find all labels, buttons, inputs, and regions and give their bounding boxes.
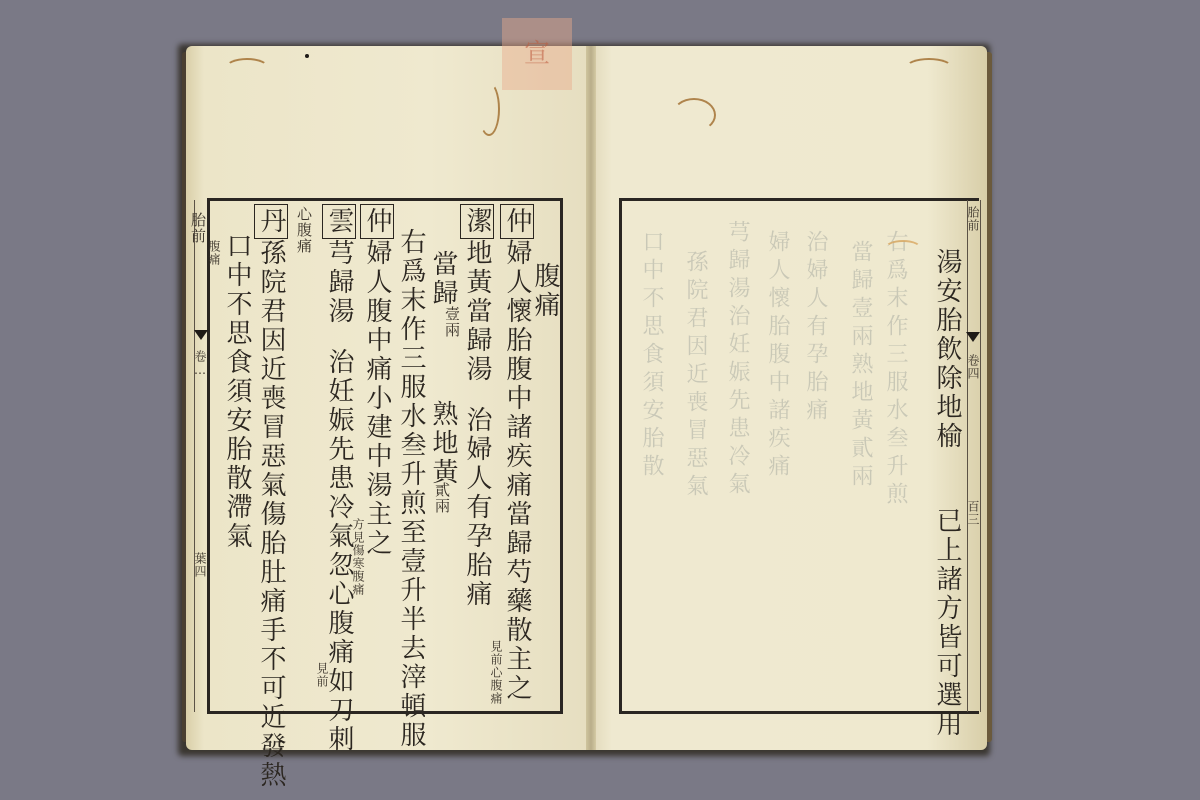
ingredient-2: 熟地黃 — [430, 400, 456, 487]
text: 婦人懷胎腹中諸疾痛當歸芍藥散主之 — [502, 239, 532, 703]
text-column-3: 潔地黃當歸湯治婦人有孕胎痛 — [464, 204, 490, 609]
source-box: 仲 — [500, 204, 534, 239]
watermark-seal: 宣 — [502, 18, 572, 90]
show-through-text: 當歸壹兩熟地黃貳兩 — [845, 240, 876, 492]
stain-mark — [905, 58, 953, 78]
show-through-text: 口中不思食須安胎散 — [636, 230, 667, 482]
show-through-text: 孫院君因近喪冒惡氣 — [680, 250, 711, 502]
text-column-2: 仲婦人懷胎腹中諸疾痛當歸芍藥散主之 — [504, 204, 530, 703]
hashira-folio: 百三 — [967, 500, 979, 526]
recipe-name: 芎歸湯 — [324, 239, 354, 326]
right-text-frame — [619, 198, 979, 714]
text: 已上諸方皆可選用 — [932, 507, 962, 739]
text-column-9: 丹孫院君因近喪冒惡氣傷胎肚痛手不可近發熱 — [258, 204, 284, 790]
annotation-note: 心腹痛 — [296, 206, 311, 254]
indication: 治婦人有孕胎痛 — [462, 406, 492, 609]
stain-mark — [884, 240, 922, 258]
text: 湯安胎飲除地榆 — [932, 248, 962, 451]
hashira-section: 腹痛 — [208, 240, 220, 266]
left-margin-column — [194, 200, 209, 712]
source-box: 潔 — [460, 204, 494, 239]
dose-2: 貳兩 — [434, 482, 449, 514]
show-through-text: 婦人懷胎腹中諸疾痛 — [762, 230, 793, 482]
hashira-folio: 葉四 — [194, 552, 206, 578]
hashira-title: 胎前 — [967, 206, 979, 232]
text-column-5: 右爲末作三服水叁升煎至壹升半去滓頓服 — [398, 228, 424, 750]
indication: 治妊娠先患冷氣忽心腹痛如刀刺 — [324, 348, 354, 754]
hashira-volume: 卷… — [194, 350, 206, 378]
section-heading: 腹痛 — [532, 262, 558, 320]
ink-dot — [305, 54, 309, 58]
show-through-text: 芎歸湯治妊娠先患冷氣 — [722, 220, 753, 500]
right-margin-column — [967, 200, 981, 712]
page-gutter — [586, 46, 596, 750]
recipe-name: 地黃當歸湯 — [462, 239, 492, 384]
text: 孫院君因近喪冒惡氣傷胎肚痛手不可近發熱 — [256, 239, 286, 790]
show-through-text: 右爲末作三服水叁升煎 — [880, 230, 911, 510]
wormhole-trace — [672, 98, 716, 132]
fishtail-mark-left — [194, 330, 208, 340]
annotation-note: 見前心腹痛 — [490, 640, 502, 705]
annotation-note: 見前 — [316, 662, 328, 688]
source-box: 雲 — [322, 204, 356, 239]
text-column-6: 仲婦人腹中痛小建中湯主之 — [364, 204, 390, 558]
wormhole-trace — [478, 82, 500, 136]
text-column-r1: 湯安胎飲除地榆已上諸方皆可選用 — [934, 248, 960, 739]
fishtail-mark-right — [966, 332, 980, 342]
show-through-text: 治婦人有孕胎痛 — [800, 230, 831, 426]
source-box: 丹 — [254, 204, 288, 239]
hashira-section: 卷四 — [967, 354, 979, 380]
stain-mark — [225, 58, 269, 78]
dose-1: 壹兩 — [444, 306, 459, 338]
source-box: 仲 — [360, 204, 394, 239]
seal-glyph: 宣 — [524, 41, 550, 67]
ingredient-1: 當歸 — [430, 250, 456, 308]
hashira-title: 胎前 — [190, 212, 205, 244]
text-column-7: 雲芎歸湯治妊娠先患冷氣忽心腹痛如刀刺 — [326, 204, 352, 754]
text-column-10: 口中不思食須安胎散滯氣 — [224, 232, 250, 551]
text: 婦人腹中痛小建中湯主之 — [362, 239, 392, 558]
